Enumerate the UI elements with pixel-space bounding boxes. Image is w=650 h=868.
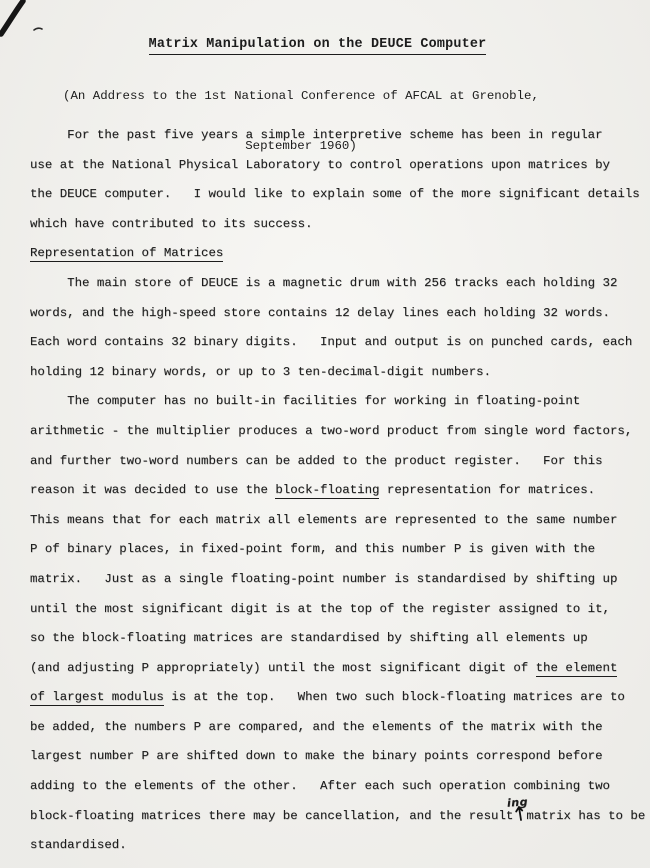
underlined-text: the element	[536, 661, 618, 677]
text-segment: largest number P are shifted down to mak…	[30, 749, 603, 763]
text-segment: words, and the high-speed store contains…	[30, 306, 610, 320]
caret-mark	[514, 803, 525, 834]
underlined-text: of largest modulus	[30, 690, 164, 706]
underlined-text: block-floating	[275, 483, 379, 499]
subtitle-line-1: (An Address to the 1st National Conferen…	[30, 88, 572, 105]
text-line: and further two-word numbers can be adde…	[30, 447, 642, 477]
text-line: The computer has no built-in facilities …	[30, 387, 642, 417]
text-line: Each word contains 32 binary digits. Inp…	[30, 328, 642, 358]
text-line: This means that for each matrix all elem…	[30, 506, 642, 536]
text-line: arithmetic - the multiplier produces a t…	[30, 417, 642, 447]
text-line: of largest modulus is at the top. When t…	[30, 683, 642, 713]
text-segment: so the block-floating matrices are stand…	[30, 631, 588, 645]
text-line: adding to the elements of the other. Aft…	[30, 772, 642, 802]
text-segment: reason it was decided to use the	[30, 483, 275, 497]
text-line: holding 12 binary words, or up to 3 ten-…	[30, 358, 642, 388]
document-title-text: Matrix Manipulation on the DEUCE Compute…	[149, 37, 487, 55]
text-segment: Each word contains 32 binary digits. Inp…	[30, 335, 632, 349]
text-segment: standardised.	[30, 838, 127, 852]
text-segment: use at the National Physical Laboratory …	[30, 158, 610, 172]
text-segment: block-floating matrices there may be can…	[30, 809, 513, 823]
text-segment: matrix. Just as a single floating-point …	[30, 572, 617, 586]
text-segment: P of binary places, in fixed-point form,…	[30, 542, 595, 556]
text-segment: The computer has no built-in facilities …	[30, 394, 580, 408]
text-line: The main store of DEUCE is a magnetic dr…	[30, 269, 642, 299]
text-line: use at the National Physical Laboratory …	[30, 151, 642, 181]
text-line: largest number P are shifted down to mak…	[30, 742, 642, 772]
text-line: words, and the high-speed store contains…	[30, 299, 642, 329]
document-body: For the past five years a simple interpr…	[30, 121, 642, 861]
text-segment: For the past five years a simple interpr…	[30, 128, 603, 142]
document-page: Matrix Manipulation on the DEUCE Compute…	[0, 0, 650, 868]
text-line: Representation of Matrices	[30, 239, 642, 269]
text-segment: matrix has to be	[526, 809, 645, 823]
text-segment: (and adjusting P appropriately) until th…	[30, 661, 536, 675]
text-line: be added, the numbers P are compared, an…	[30, 713, 642, 743]
text-segment: the DEUCE computer. I would like to expl…	[30, 187, 640, 201]
text-line: reason it was decided to use the block-f…	[30, 476, 642, 506]
text-segment: be added, the numbers P are compared, an…	[30, 720, 603, 734]
text-segment: This means that for each matrix all elem…	[30, 513, 617, 527]
text-line: P of binary places, in fixed-point form,…	[30, 535, 642, 565]
text-line: until the most significant digit is at t…	[30, 595, 642, 625]
handwritten-insertion: ing	[513, 805, 526, 819]
text-line: standardised.	[30, 831, 642, 861]
text-segment: arithmetic - the multiplier produces a t…	[30, 424, 632, 438]
text-line: (and adjusting P appropriately) until th…	[30, 654, 642, 684]
text-line: which have contributed to its success.	[30, 210, 642, 240]
text-segment: until the most significant digit is at t…	[30, 602, 610, 616]
text-segment: holding 12 binary words, or up to 3 ten-…	[30, 365, 491, 379]
text-segment: is at the top. When two such block-float…	[164, 690, 625, 704]
text-segment: The main store of DEUCE is a magnetic dr…	[30, 276, 617, 290]
text-line: For the past five years a simple interpr…	[30, 121, 642, 151]
text-line: matrix. Just as a single floating-point …	[30, 565, 642, 595]
text-line: block-floating matrices there may be can…	[30, 802, 642, 832]
text-segment: representation for matrices.	[379, 483, 595, 497]
text-line: so the block-floating matrices are stand…	[30, 624, 642, 654]
underlined-text: Representation of Matrices	[30, 246, 223, 262]
text-segment: which have contributed to its success.	[30, 217, 313, 231]
text-segment: and further two-word numbers can be adde…	[30, 454, 603, 468]
text-line: the DEUCE computer. I would like to expl…	[30, 180, 642, 210]
